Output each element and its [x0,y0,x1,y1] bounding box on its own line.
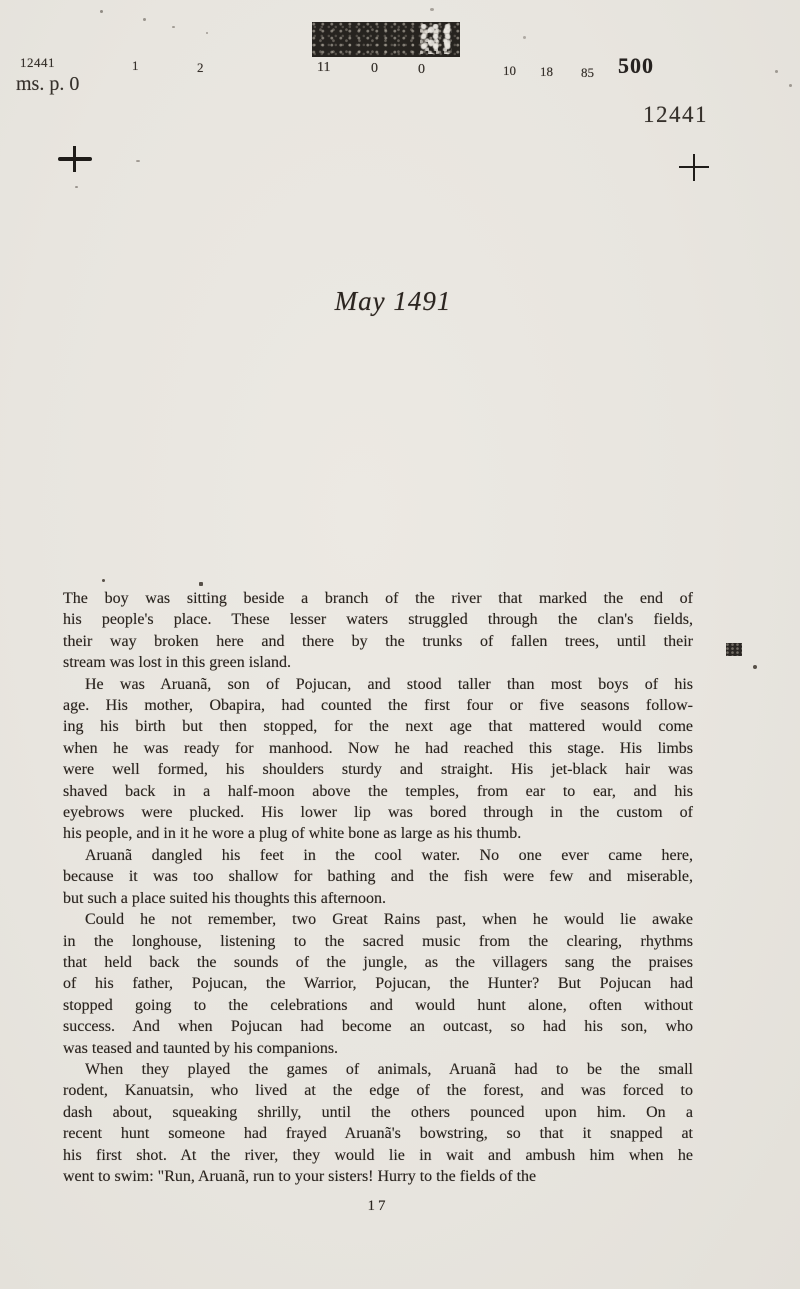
noise-speck [753,665,757,669]
noise-speck [143,18,146,21]
film-strip-number: 0 [371,61,378,77]
text-line: When they played the games of animals, A… [63,1059,693,1080]
film-strip-number: 10 [503,63,516,79]
text-line: were well formed, his shoulders sturdy a… [63,759,693,780]
noise-speck [100,10,103,13]
film-strip-number-500: 500 [618,53,654,79]
cross-vertical-bar [73,146,76,172]
film-strip-number: 0 [418,62,425,78]
text-line: rodent, Kanuatsin, who lived at the edge… [63,1080,693,1101]
film-strip-number: 85 [581,65,594,81]
text-line: Could he not remember, two Great Rains p… [63,909,693,930]
film-strip-number: 12441 [20,55,55,71]
scanned-book-page: 12441 1 2 11 0 0 10 18 85 500 ms. p. 0 1… [0,0,800,1289]
manuscript-page-label: ms. p. 0 [16,73,79,96]
text-line: age. His mother, Obapira, had counted th… [63,695,693,716]
chapter-title: May 1491 [63,286,723,317]
noise-speck [206,32,208,34]
noise-speck [102,579,105,582]
noise-speck [430,8,434,11]
noise-speck [523,36,526,39]
text-line: dash about, squeaking shrilly, until the… [63,1102,693,1123]
paragraph: He was Aruanã, son of Pojucan, and stood… [63,674,693,845]
text-line: their way broken here and there by the t… [63,631,693,652]
text-line: that held back the sounds of the jungle,… [63,952,693,973]
film-strip-number: 18 [540,64,553,80]
noise-speck [172,26,175,28]
cross-vertical-bar [693,154,695,181]
text-line: because it was too shallow for bathing a… [63,866,693,887]
text-line: shaved back in a half-moon above the tem… [63,781,693,802]
text-line: recent hunt someone had frayed Aruanã's … [63,1123,693,1144]
film-density-stamp [312,22,460,57]
film-strip-number: 2 [197,60,204,76]
text-line: Aruanã dangled his feet in the cool wate… [63,845,693,866]
text-line: of his father, Pojucan, the Warrior, Poj… [63,973,693,994]
text-line: but such a place suited his thoughts thi… [63,888,693,909]
text-line: went to swim: "Run, Aruanã, run to your … [63,1166,693,1187]
paragraph: Aruanã dangled his feet in the cool wate… [63,845,693,909]
text-line: his people, and in it he wore a plug of … [63,823,693,844]
film-strip-number: 1 [132,58,139,74]
text-line: stream was lost in this green island. [63,652,693,673]
text-line: He was Aruanã, son of Pojucan, and stood… [63,674,693,695]
noise-speck [199,582,203,586]
body-text: The boy was sitting beside a branch of t… [63,588,693,1187]
text-line: was teased and taunted by his companions… [63,1038,693,1059]
document-number: 12441 [643,102,708,128]
registration-cross-left [58,146,92,172]
text-line: The boy was sitting beside a branch of t… [63,588,693,609]
noise-speck [789,84,792,87]
text-line: eyebrows were plucked. His lower lip was… [63,802,693,823]
text-line: stopped going to the celebrations and wo… [63,995,693,1016]
paragraph: The boy was sitting beside a branch of t… [63,588,693,674]
registration-cross-right [679,154,709,181]
text-line: when he was ready for manhood. Now he ha… [63,738,693,759]
paragraph: When they played the games of animals, A… [63,1059,693,1187]
text-line: his people's place. These lesser waters … [63,609,693,630]
film-strip-number: 11 [317,60,330,76]
text-line: in the longhouse, listening to the sacre… [63,931,693,952]
page-number: 17 [63,1198,693,1215]
text-line: ing his birth but then stopped, for the … [63,716,693,737]
noise-speck [775,70,778,73]
noise-speck [75,186,78,188]
text-line: his first shot. At the river, they would… [63,1145,693,1166]
noise-speck [136,160,140,162]
text-line: success. And when Pojucan had become an … [63,1016,693,1037]
margin-ink-square [726,643,742,656]
paragraph: Could he not remember, two Great Rains p… [63,909,693,1059]
